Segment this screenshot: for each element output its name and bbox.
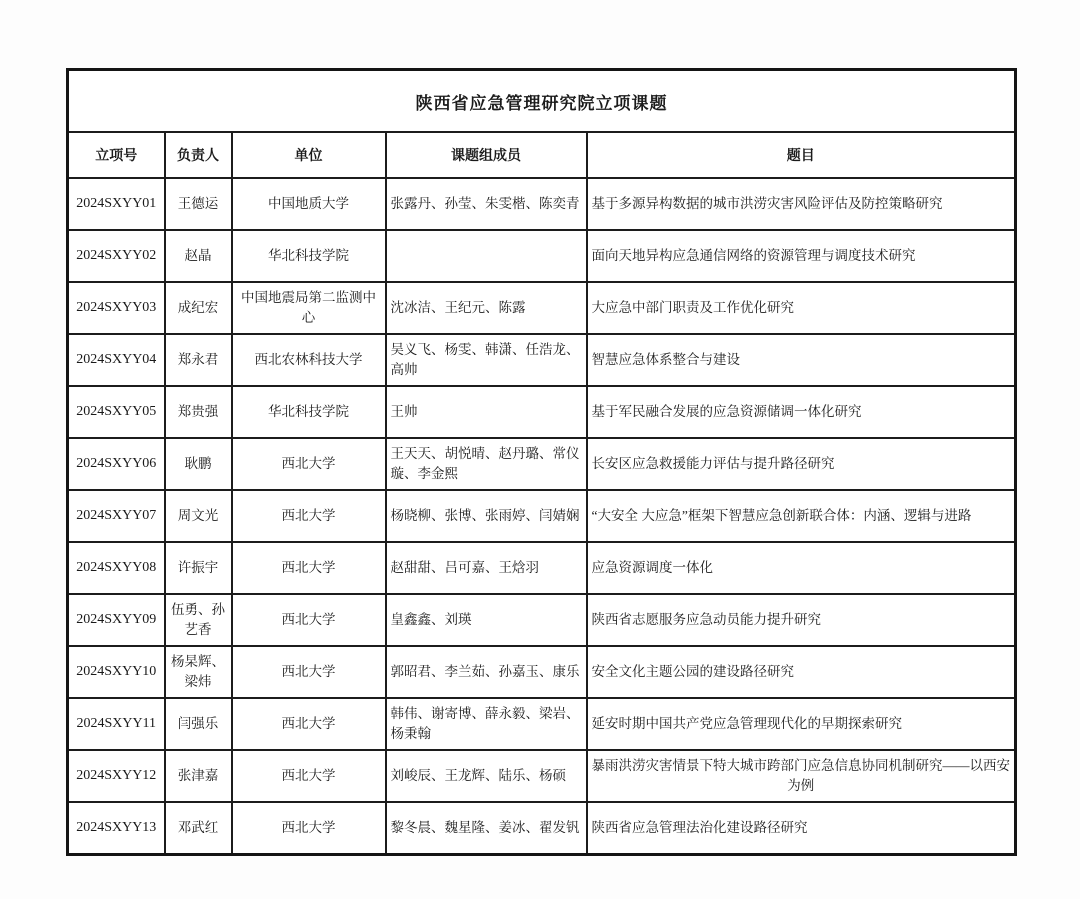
project-id-cell: 2024SXYY11 bbox=[68, 698, 165, 750]
table-row: 2024SXYY05 郑贵强 华北科技学院 王帅 基于军民融合发展的应急资源储调… bbox=[68, 386, 1016, 438]
project-id-cell: 2024SXYY05 bbox=[68, 386, 165, 438]
project-title-cell: 陕西省志愿服务应急动员能力提升研究 bbox=[587, 594, 1016, 646]
members-cell: 杨晓柳、张博、张雨婷、闫婧娴 bbox=[386, 490, 587, 542]
leader-cell: 邓武红 bbox=[165, 802, 232, 855]
leader-cell: 闫强乐 bbox=[165, 698, 232, 750]
leader-cell: 许振宇 bbox=[165, 542, 232, 594]
leader-cell: 周文光 bbox=[165, 490, 232, 542]
unit-cell: 华北科技学院 bbox=[232, 230, 386, 282]
project-id-cell: 2024SXYY12 bbox=[68, 750, 165, 802]
leader-cell: 杨杲辉、梁炜 bbox=[165, 646, 232, 698]
unit-cell: 西北农林科技大学 bbox=[232, 334, 386, 386]
project-id-cell: 2024SXYY04 bbox=[68, 334, 165, 386]
project-title-cell: 应急资源调度一体化 bbox=[587, 542, 1016, 594]
leader-cell: 王德运 bbox=[165, 178, 232, 230]
members-cell bbox=[386, 230, 587, 282]
leader-cell: 赵晶 bbox=[165, 230, 232, 282]
unit-cell: 中国地震局第二监测中心 bbox=[232, 282, 386, 334]
unit-cell: 西北大学 bbox=[232, 542, 386, 594]
column-header-leader: 负责人 bbox=[165, 132, 232, 178]
leader-cell: 成纪宏 bbox=[165, 282, 232, 334]
table-row: 2024SXYY13 邓武红 西北大学 黎冬晨、魏星隆、姜冰、翟发钒 陕西省应急… bbox=[68, 802, 1016, 855]
column-header-unit: 单位 bbox=[232, 132, 386, 178]
project-id-cell: 2024SXYY03 bbox=[68, 282, 165, 334]
table-row: 2024SXYY11 闫强乐 西北大学 韩伟、谢寄博、薛永毅、梁岩、杨秉翰 延安… bbox=[68, 698, 1016, 750]
project-title-cell: 智慧应急体系整合与建设 bbox=[587, 334, 1016, 386]
members-cell: 黎冬晨、魏星隆、姜冰、翟发钒 bbox=[386, 802, 587, 855]
project-id-cell: 2024SXYY08 bbox=[68, 542, 165, 594]
leader-cell: 郑永君 bbox=[165, 334, 232, 386]
table-row: 2024SXYY01 王德运 中国地质大学 张露丹、孙莹、朱雯楷、陈奕青 基于多… bbox=[68, 178, 1016, 230]
project-title-cell: 延安时期中国共产党应急管理现代化的早期探索研究 bbox=[587, 698, 1016, 750]
column-header-project-id: 立项号 bbox=[68, 132, 165, 178]
unit-cell: 西北大学 bbox=[232, 802, 386, 855]
unit-cell: 中国地质大学 bbox=[232, 178, 386, 230]
members-cell: 皇鑫鑫、刘瑛 bbox=[386, 594, 587, 646]
project-title-cell: 大应急中部门职责及工作优化研究 bbox=[587, 282, 1016, 334]
project-title-cell: 基于军民融合发展的应急资源储调一体化研究 bbox=[587, 386, 1016, 438]
table-row: 2024SXYY03 成纪宏 中国地震局第二监测中心 沈冰洁、王纪元、陈露 大应… bbox=[68, 282, 1016, 334]
table-row: 2024SXYY07 周文光 西北大学 杨晓柳、张博、张雨婷、闫婧娴 “大安全 … bbox=[68, 490, 1016, 542]
project-id-cell: 2024SXYY06 bbox=[68, 438, 165, 490]
project-title-cell: 陕西省应急管理法治化建设路径研究 bbox=[587, 802, 1016, 855]
members-cell: 王天天、胡悦晴、赵丹璐、常仪璇、李金熙 bbox=[386, 438, 587, 490]
members-cell: 王帅 bbox=[386, 386, 587, 438]
unit-cell: 西北大学 bbox=[232, 646, 386, 698]
project-title-cell: 暴雨洪涝灾害情景下特大城市跨部门应急信息协同机制研究——以西安为例 bbox=[587, 750, 1016, 802]
project-title-cell: 长安区应急救援能力评估与提升路径研究 bbox=[587, 438, 1016, 490]
leader-cell: 伍勇、孙艺香 bbox=[165, 594, 232, 646]
project-id-cell: 2024SXYY13 bbox=[68, 802, 165, 855]
members-cell: 张露丹、孙莹、朱雯楷、陈奕青 bbox=[386, 178, 587, 230]
unit-cell: 西北大学 bbox=[232, 594, 386, 646]
members-cell: 郭昭君、李兰茹、孙嘉玉、康乐 bbox=[386, 646, 587, 698]
project-id-cell: 2024SXYY02 bbox=[68, 230, 165, 282]
project-title-cell: 面向天地异构应急通信网络的资源管理与调度技术研究 bbox=[587, 230, 1016, 282]
members-cell: 赵甜甜、吕可嘉、王焓羽 bbox=[386, 542, 587, 594]
members-cell: 刘峻辰、王龙辉、陆乐、杨硕 bbox=[386, 750, 587, 802]
unit-cell: 西北大学 bbox=[232, 750, 386, 802]
unit-cell: 西北大学 bbox=[232, 438, 386, 490]
leader-cell: 耿鹏 bbox=[165, 438, 232, 490]
table-title: 陕西省应急管理研究院立项课题 bbox=[68, 70, 1016, 133]
column-header-title: 题目 bbox=[587, 132, 1016, 178]
leader-cell: 郑贵强 bbox=[165, 386, 232, 438]
leader-cell: 张津嘉 bbox=[165, 750, 232, 802]
project-id-cell: 2024SXYY09 bbox=[68, 594, 165, 646]
document-page: 陕西省应急管理研究院立项课题 立项号 负责人 单位 课题组成员 题目 2024S… bbox=[0, 0, 1080, 899]
table-row: 2024SXYY06 耿鹏 西北大学 王天天、胡悦晴、赵丹璐、常仪璇、李金熙 长… bbox=[68, 438, 1016, 490]
members-cell: 沈冰洁、王纪元、陈露 bbox=[386, 282, 587, 334]
unit-cell: 西北大学 bbox=[232, 698, 386, 750]
members-cell: 韩伟、谢寄博、薛永毅、梁岩、杨秉翰 bbox=[386, 698, 587, 750]
table-row: 2024SXYY08 许振宇 西北大学 赵甜甜、吕可嘉、王焓羽 应急资源调度一体… bbox=[68, 542, 1016, 594]
table-row: 2024SXYY04 郑永君 西北农林科技大学 吴义飞、杨雯、韩潇、任浩龙、高帅… bbox=[68, 334, 1016, 386]
project-id-cell: 2024SXYY07 bbox=[68, 490, 165, 542]
unit-cell: 西北大学 bbox=[232, 490, 386, 542]
table-row: 2024SXYY09 伍勇、孙艺香 西北大学 皇鑫鑫、刘瑛 陕西省志愿服务应急动… bbox=[68, 594, 1016, 646]
column-header-members: 课题组成员 bbox=[386, 132, 587, 178]
table-title-row: 陕西省应急管理研究院立项课题 bbox=[68, 70, 1016, 133]
members-cell: 吴义飞、杨雯、韩潇、任浩龙、高帅 bbox=[386, 334, 587, 386]
table-row: 2024SXYY02 赵晶 华北科技学院 面向天地异构应急通信网络的资源管理与调… bbox=[68, 230, 1016, 282]
project-title-cell: “大安全 大应急”框架下智慧应急创新联合体：内涵、逻辑与进路 bbox=[587, 490, 1016, 542]
project-title-cell: 基于多源异构数据的城市洪涝灾害风险评估及防控策略研究 bbox=[587, 178, 1016, 230]
project-id-cell: 2024SXYY01 bbox=[68, 178, 165, 230]
table-header-row: 立项号 负责人 单位 课题组成员 题目 bbox=[68, 132, 1016, 178]
unit-cell: 华北科技学院 bbox=[232, 386, 386, 438]
projects-table: 陕西省应急管理研究院立项课题 立项号 负责人 单位 课题组成员 题目 2024S… bbox=[66, 68, 1017, 856]
project-id-cell: 2024SXYY10 bbox=[68, 646, 165, 698]
project-title-cell: 安全文化主题公园的建设路径研究 bbox=[587, 646, 1016, 698]
table-row: 2024SXYY12 张津嘉 西北大学 刘峻辰、王龙辉、陆乐、杨硕 暴雨洪涝灾害… bbox=[68, 750, 1016, 802]
table-row: 2024SXYY10 杨杲辉、梁炜 西北大学 郭昭君、李兰茹、孙嘉玉、康乐 安全… bbox=[68, 646, 1016, 698]
